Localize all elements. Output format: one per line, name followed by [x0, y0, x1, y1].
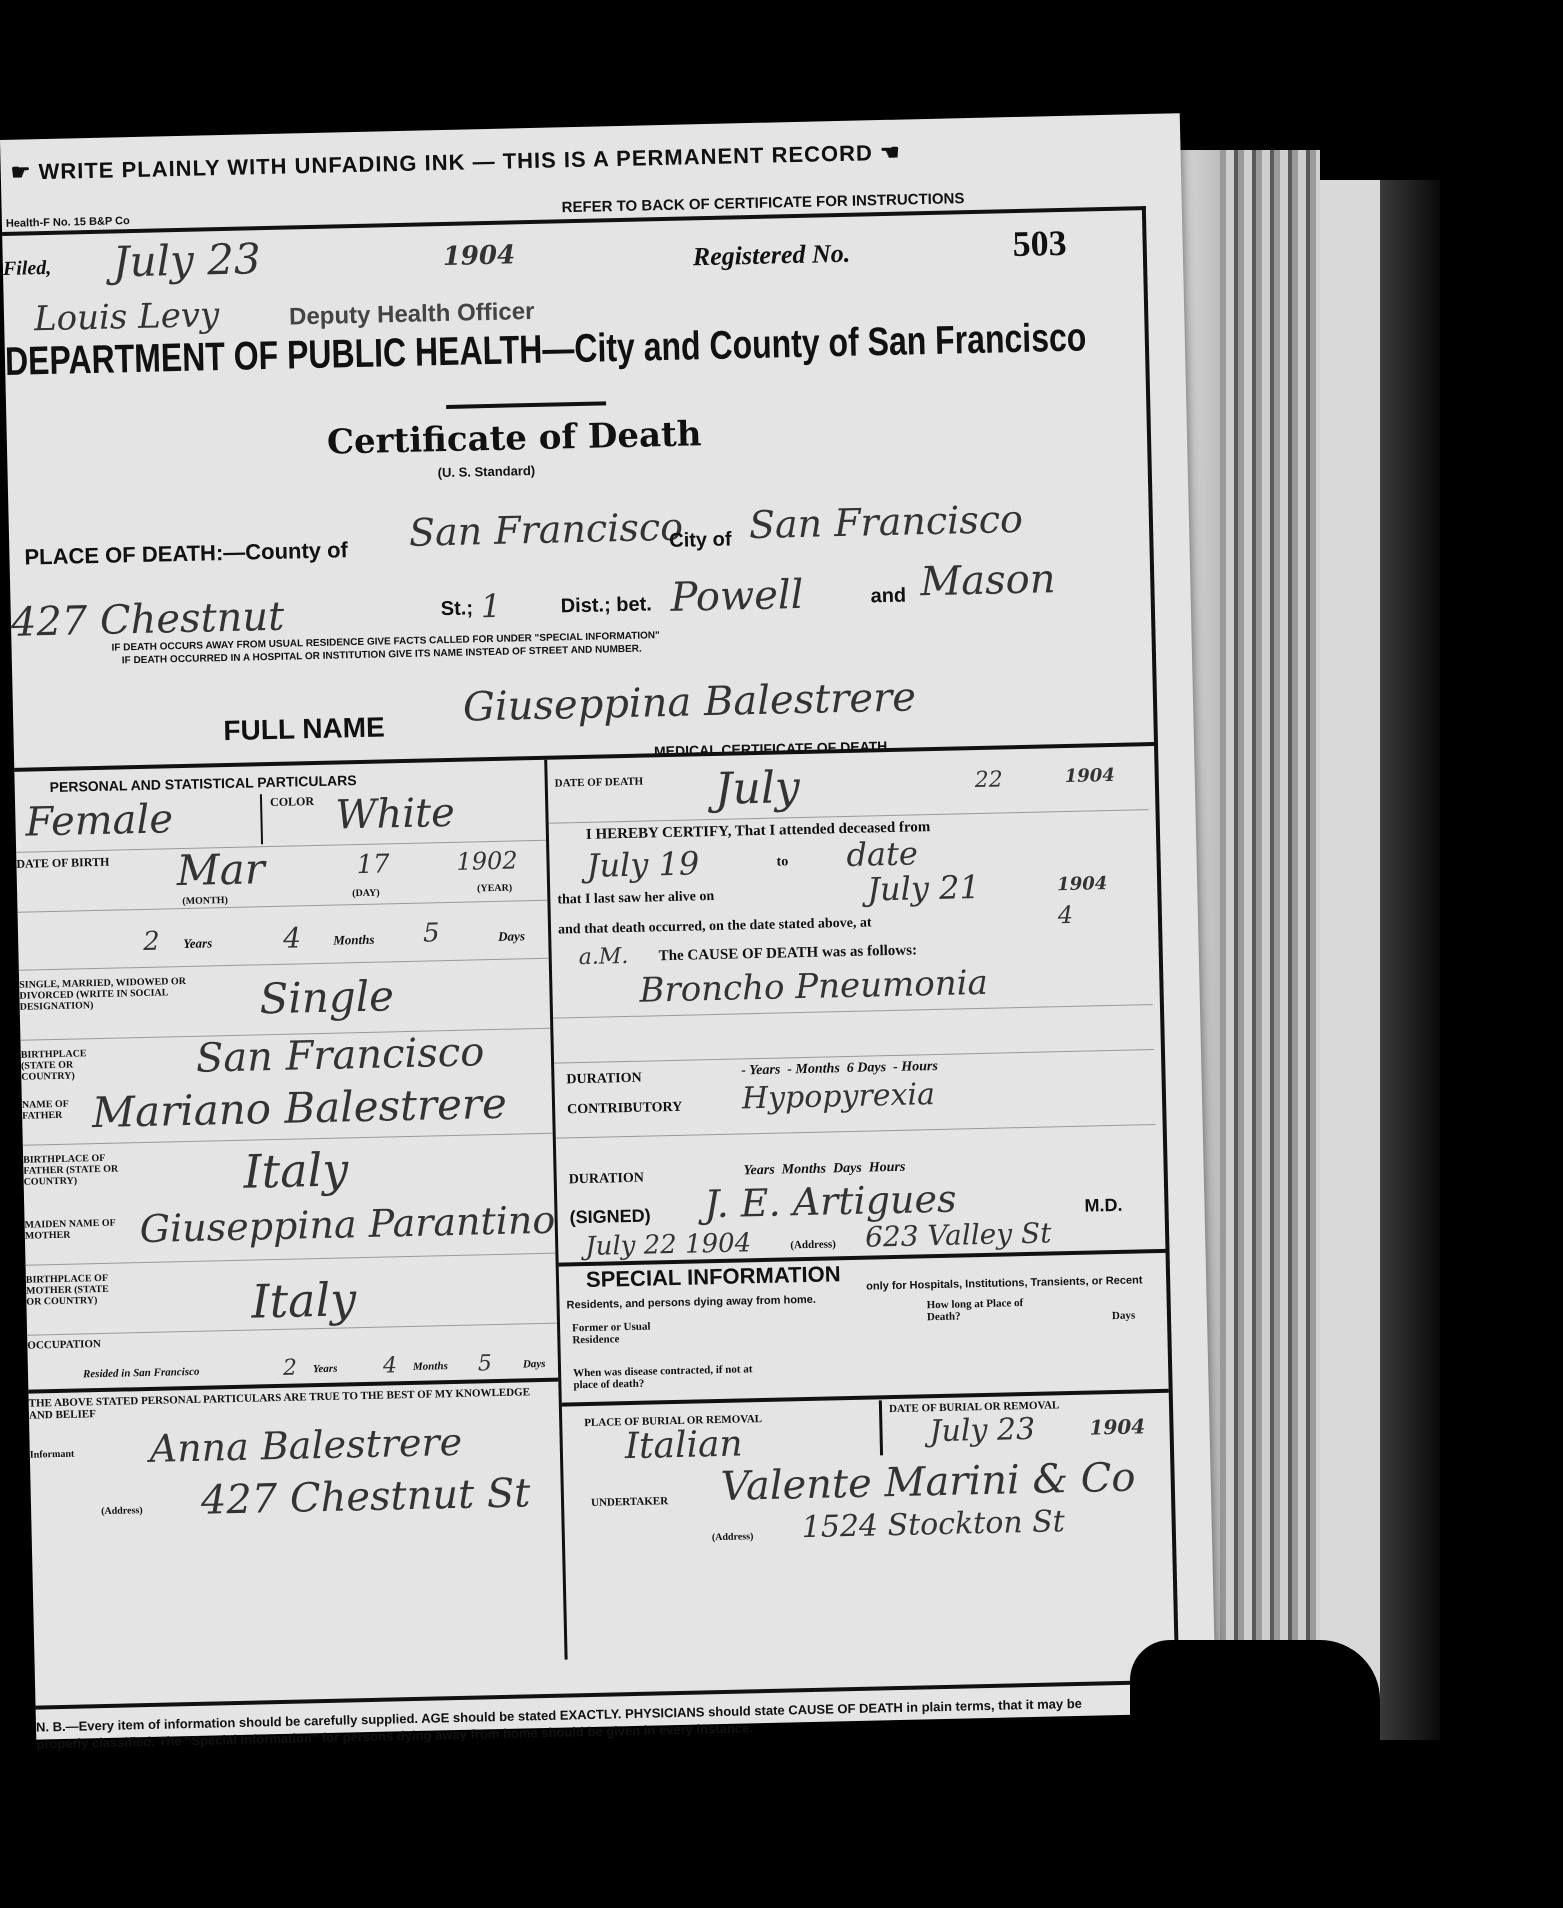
- mother-birthplace-value: Italy: [251, 1272, 357, 1328]
- duration-label-1: DURATION: [566, 1071, 642, 1088]
- dob-day: 17: [356, 849, 390, 880]
- and-label: and: [870, 585, 906, 609]
- street-value: 427 Chestnut: [10, 594, 284, 646]
- undertaker-label: UNDERTAKER: [591, 1495, 668, 1509]
- meridiem: a.M.: [578, 944, 628, 970]
- officer-signature: Louis Levy: [34, 295, 220, 339]
- us-standard: (U. S. Standard): [437, 463, 535, 480]
- attended-to-label: to: [776, 854, 788, 870]
- years-label: Years: [183, 935, 212, 952]
- birthplace-label: BIRTHPLACE (State or Country): [21, 1047, 122, 1082]
- undertaker-address: 1524 Stockton St: [801, 1504, 1065, 1545]
- dob-label: DATE OF BIRTH: [16, 856, 109, 871]
- registered-number: 503: [1012, 222, 1067, 265]
- informant-address-label: (Address): [101, 1505, 143, 1517]
- page-stack-edges: [1220, 150, 1320, 1710]
- dist-between-label: Dist.; bet.: [560, 593, 652, 618]
- death-time: 4: [1058, 901, 1074, 929]
- resided-months: 4: [383, 1353, 398, 1378]
- months-label: Months: [333, 932, 375, 949]
- resided-days-label: Days: [523, 1358, 546, 1371]
- district-value: 1: [480, 587, 501, 625]
- marital-label: SINGLE, MARRIED, WIDOWED OR DIVORCED (wr…: [19, 976, 200, 1013]
- day-sublabel: (Day): [352, 888, 380, 900]
- dod-month: July: [714, 762, 800, 815]
- cause-value: Broncho Pneumonia: [639, 963, 988, 1011]
- resided-months-label: Months: [413, 1360, 448, 1373]
- form-number: Health-F No. 15 B&P Co: [6, 215, 130, 230]
- attended-to: date: [846, 834, 918, 874]
- informant-value: Anna Balestrere: [149, 1420, 462, 1471]
- father-label: NAME OF FATHER: [22, 1098, 102, 1122]
- burial-date-value: July 23: [929, 1412, 1035, 1449]
- marital-value: Single: [259, 971, 395, 1023]
- last-seen-year: 1904: [1057, 873, 1108, 895]
- dod-day: 22: [974, 767, 1003, 793]
- father-value: Mariano Balestrere: [92, 1079, 508, 1137]
- undertaker-address-label: (Address): [712, 1531, 754, 1543]
- resided-years-label: Years: [313, 1363, 338, 1376]
- physician-address: 623 Valley St: [865, 1216, 1052, 1253]
- dob-year: 1902: [456, 846, 518, 875]
- county-value: San Francisco: [409, 505, 684, 555]
- dod-label: DATE OF DEATH: [555, 776, 644, 790]
- signed-label: (SIGNED): [569, 1206, 650, 1229]
- pointing-hand-icon: ☚: [873, 140, 901, 166]
- dod-year: 1904: [1064, 765, 1115, 787]
- binder-shadow: [1130, 1640, 1380, 1840]
- between-street-1: Powell: [670, 572, 804, 621]
- duration-label-2: DURATION: [569, 1171, 645, 1188]
- page-stack-edge: [1320, 180, 1380, 1740]
- month-sublabel: (Month): [182, 895, 228, 907]
- physician-address-label: (Address): [790, 1238, 836, 1251]
- mother-value: Giuseppina Parantino: [139, 1198, 555, 1251]
- registered-label: Registered No.: [692, 239, 850, 273]
- age-days: 5: [423, 918, 440, 948]
- burial-year: 1904: [1089, 1414, 1145, 1439]
- city-label: City of: [669, 529, 732, 553]
- officer-title: Deputy Health Officer: [289, 298, 535, 332]
- informant-address-value: 427 Chestnut St: [200, 1470, 530, 1523]
- former-residence-label: Former or Usual Residence: [572, 1320, 663, 1346]
- certificate-title: Certificate of Death: [326, 414, 701, 462]
- father-birthplace-label: BIRTHPLACE OF FATHER (State or Country): [23, 1152, 124, 1187]
- informant-label: Informant: [30, 1449, 75, 1461]
- year-sublabel: (Year): [477, 883, 512, 895]
- death-certificate-page: ☛ WRITE PLAINLY WITH UNFADING INK — THIS…: [0, 113, 1216, 1739]
- ink-warning: ☛ WRITE PLAINLY WITH UNFADING INK — THIS…: [10, 140, 901, 186]
- city-value: San Francisco: [748, 497, 1023, 547]
- occupation-label: OCCUPATION: [27, 1338, 101, 1352]
- mother-birthplace-label: BIRTHPLACE OF MOTHER (State or Country): [26, 1272, 127, 1307]
- how-long-label: How long at Place of Death?: [927, 1297, 1038, 1324]
- between-street-2: Mason: [920, 556, 1056, 605]
- filed-date: July 23: [112, 234, 261, 286]
- filed-year: 1904: [442, 240, 515, 272]
- full-name-label: FULL NAME: [223, 711, 385, 747]
- last-seen-date: July 21: [867, 868, 980, 909]
- contributory-value: Hypopyrexia: [742, 1077, 936, 1116]
- color-label: COLOR: [270, 795, 314, 809]
- sex-value: Female: [25, 796, 173, 845]
- filed-label: Filed,: [3, 257, 52, 281]
- resided-years: 2: [283, 1356, 298, 1381]
- resided-days: 5: [478, 1351, 493, 1376]
- signed-date: July 22 1904: [585, 1228, 752, 1262]
- attended-from: July 19: [586, 844, 699, 885]
- contributory-label: CONTRIBUTORY: [567, 1100, 682, 1118]
- md-label: M.D.: [1084, 1195, 1122, 1217]
- disease-contracted-label: When was disease contracted, if not at p…: [573, 1363, 773, 1392]
- age-months: 4: [283, 921, 302, 954]
- dob-month: Mar: [176, 844, 265, 895]
- days-label: Days: [498, 928, 525, 945]
- how-long-days-label: Days: [1112, 1310, 1136, 1323]
- color-value: White: [335, 790, 455, 839]
- age-years: 2: [143, 927, 160, 957]
- burial-place-value: Italian: [624, 1423, 743, 1467]
- book-binding-shadow: [1380, 180, 1440, 1740]
- birthplace-value: San Francisco: [195, 1029, 484, 1082]
- father-birthplace-value: Italy: [243, 1142, 349, 1198]
- mother-label: MAIDEN NAME OF MOTHER: [25, 1217, 125, 1241]
- undertaker-value: Valente Marini & Co: [720, 1455, 1136, 1510]
- st-label: St.;: [441, 597, 474, 621]
- pointing-hand-icon: ☛: [10, 159, 38, 185]
